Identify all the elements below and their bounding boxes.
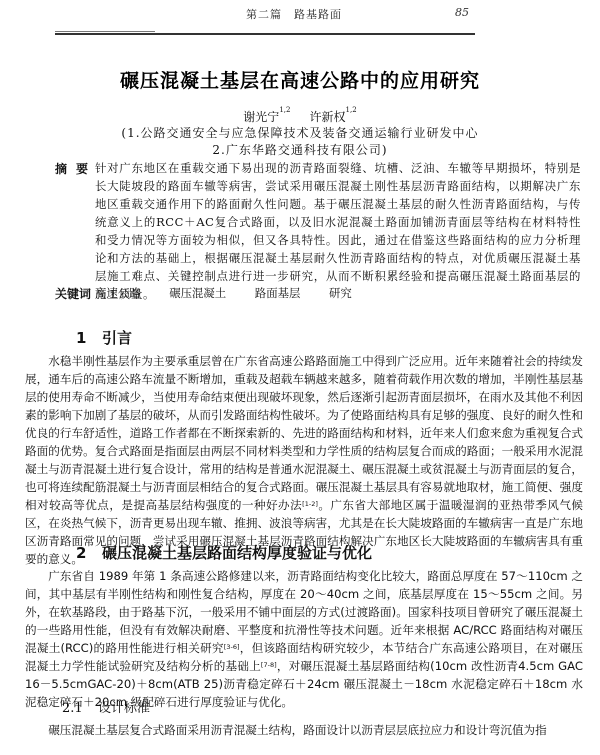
abstract-text: 针对广东地区在重载交通下易出现的沥青路面裂缝、坑槽、泛油、车辙等早期损坏，特别是… — [95, 159, 581, 303]
section-title: 碾压混凝土基层路面结构厚度验证与优化 — [102, 544, 372, 562]
keyword: 高速公路 — [95, 286, 141, 300]
running-header-section: 第二篇 路基路面 — [246, 6, 342, 22]
subsection-heading: 2.1设计标准 — [62, 697, 150, 716]
author-name: 许新权 — [310, 110, 346, 124]
affiliation-line: (1.公路交通安全与应急保障技术及装备交通运输行业研发中心 — [0, 124, 600, 141]
abstract-label: 摘要 — [55, 160, 97, 177]
running-header: 第二篇 路基路面 85 — [0, 0, 600, 36]
keyword: 研究 — [329, 286, 352, 300]
page-number: 85 — [455, 6, 469, 19]
paragraph-text-part: 水稳半刚性基层作为主要承重层曾在广东省高速公路路面施工中得到广泛应用。近年来随着… — [25, 354, 583, 512]
body-paragraph: 水稳半刚性基层作为主要承重层曾在广东省高速公路路面施工中得到广泛应用。近年来随着… — [25, 352, 583, 568]
author-affiliation-mark: 1,2 — [346, 106, 357, 114]
body-paragraph: 广东省自 1989 年第 1 条高速公路修建以来，沥青路面结构变化比较大，路面总… — [25, 567, 583, 711]
header-rule-accent — [55, 31, 155, 32]
paragraph-text: 碾压混凝土基层复合式路面采用沥青混凝土结构，路面设计以沥青层层底拉应力和设计弯沉… — [25, 721, 583, 739]
subsection-number: 2.1 — [62, 701, 98, 716]
affiliation-line: 2.广东华路交通科技有限公司) — [0, 141, 600, 158]
paragraph-text: 广东省自 1989 年第 1 条高速公路修建以来，沥青路面结构变化比较大，路面总… — [25, 567, 583, 711]
article-title: 碾压混凝土基层在高速公路中的应用研究 — [0, 66, 600, 93]
section-heading: 1引言 — [76, 327, 132, 348]
author-name: 谢光宁 — [243, 110, 279, 124]
keywords-list: 高速公路 碾压混凝土 路面基层 研究 — [95, 285, 365, 301]
author-affiliation-mark: 1,2 — [279, 106, 290, 114]
citation[interactable]: [3-6] — [224, 643, 240, 651]
subsection-title: 设计标准 — [98, 701, 150, 716]
section-heading: 2碾压混凝土基层路面结构厚度验证与优化 — [76, 542, 372, 563]
section-number: 2 — [76, 544, 102, 562]
keyword: 路面基层 — [255, 286, 301, 300]
paragraph-text: 水稳半刚性基层作为主要承重层曾在广东省高速公路路面施工中得到广泛应用。近年来随着… — [25, 352, 583, 568]
keyword: 碾压混凝土 — [169, 286, 226, 300]
section-title: 引言 — [102, 329, 132, 347]
keywords-label: 关键词 — [55, 285, 91, 302]
header-rule — [55, 33, 475, 35]
section-number: 1 — [76, 329, 102, 347]
citation[interactable]: [1-2] — [302, 500, 318, 508]
body-paragraph: 碾压混凝土基层复合式路面采用沥青混凝土结构，路面设计以沥青层层底拉应力和设计弯沉… — [25, 721, 583, 739]
citation[interactable]: [7-8] — [261, 661, 277, 669]
author-line: 谢光宁1,2 许新权1,2 — [0, 108, 600, 125]
